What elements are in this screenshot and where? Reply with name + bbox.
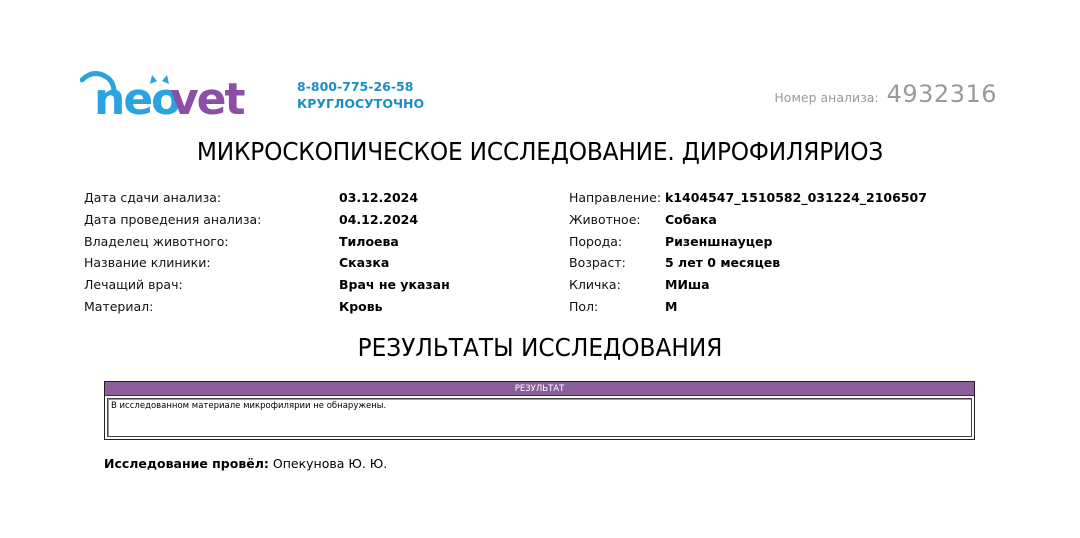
info-row-doctor: Лечащий врач: Врач не указан — [84, 274, 450, 296]
contact-block: 8-800-775-26-58 КРУГЛОСУТОЧНО — [297, 78, 424, 112]
info-value: Сказка — [339, 252, 389, 274]
info-row-animal: Животное: Собака — [569, 209, 927, 231]
info-value: Собака — [665, 209, 717, 231]
phone-number[interactable]: 8-800-775-26-58 — [297, 78, 424, 95]
info-right: Направление: k1404547_1510582_031224_210… — [569, 187, 927, 318]
analysis-number-value: 4932316 — [887, 80, 997, 108]
hours-label: КРУГЛОСУТОЧНО — [297, 95, 424, 112]
info-label: Материал: — [84, 296, 339, 318]
report-title: МИКРОСКОПИЧЕСКОЕ ИССЛЕДОВАНИЕ. ДИРОФИЛЯР… — [38, 137, 1042, 166]
result-text: В исследованном материале микрофилярии н… — [107, 398, 972, 437]
info-label: Животное: — [569, 209, 665, 231]
info-label: Возраст: — [569, 252, 665, 274]
info-row-submission-date: Дата сдачи анализа: 03.12.2024 — [84, 187, 450, 209]
performer: Исследование провёл: Опекунова Ю. Ю. — [104, 456, 387, 471]
info-row-clinic: Название клиники: Сказка — [84, 252, 450, 274]
info-left: Дата сдачи анализа: 03.12.2024 Дата пров… — [84, 187, 450, 318]
analysis-number-label: Номер анализа: — [774, 90, 878, 105]
info-label: Направление: — [569, 187, 665, 209]
info-label: Порода: — [569, 231, 665, 253]
info-value: Ризеншнауцер — [665, 231, 772, 253]
info-value: Кровь — [339, 296, 383, 318]
info-value: 04.12.2024 — [339, 209, 418, 231]
info-label: Название клиники: — [84, 252, 339, 274]
info-label: Дата сдачи анализа: — [84, 187, 339, 209]
results-title: РЕЗУЛЬТАТЫ ИССЛЕДОВАНИЯ — [38, 333, 1042, 362]
info-row-referral: Направление: k1404547_1510582_031224_210… — [569, 187, 927, 209]
analysis-number: Номер анализа: 4932316 — [774, 80, 997, 108]
info-row-nickname: Кличка: МИша — [569, 274, 927, 296]
info-value: МИша — [665, 274, 710, 296]
info-value: 03.12.2024 — [339, 187, 418, 209]
info-value: 5 лет 0 месяцев — [665, 252, 780, 274]
svg-text:vet: vet — [170, 74, 246, 118]
neovet-logo: neo vet — [80, 66, 255, 118]
info-row-breed: Порода: Ризеншнауцер — [569, 231, 927, 253]
info-row-material: Материал: Кровь — [84, 296, 450, 318]
lab-report-page: neo vet 8-800-775-26-58 КРУГЛОСУТОЧНО Но… — [0, 0, 1080, 538]
result-table-header: РЕЗУЛЬТАТ — [105, 382, 974, 396]
info-row-age: Возраст: 5 лет 0 месяцев — [569, 252, 927, 274]
info-label: Лечащий врач: — [84, 274, 339, 296]
info-row-owner: Владелец животного: Тилоева — [84, 231, 450, 253]
performer-name: Опекунова Ю. Ю. — [273, 456, 387, 471]
performer-label: Исследование провёл: — [104, 456, 269, 471]
info-label: Дата проведения анализа: — [84, 209, 339, 231]
info-value: М — [665, 296, 677, 318]
info-value: Тилоева — [339, 231, 399, 253]
info-value: k1404547_1510582_031224_2106507 — [665, 187, 927, 209]
info-row-analysis-date: Дата проведения анализа: 04.12.2024 — [84, 209, 450, 231]
info-label: Пол: — [569, 296, 665, 318]
info-row-sex: Пол: М — [569, 296, 927, 318]
info-label: Владелец животного: — [84, 231, 339, 253]
info-value: Врач не указан — [339, 274, 450, 296]
result-table: РЕЗУЛЬТАТ В исследованном материале микр… — [104, 381, 975, 440]
info-label: Кличка: — [569, 274, 665, 296]
